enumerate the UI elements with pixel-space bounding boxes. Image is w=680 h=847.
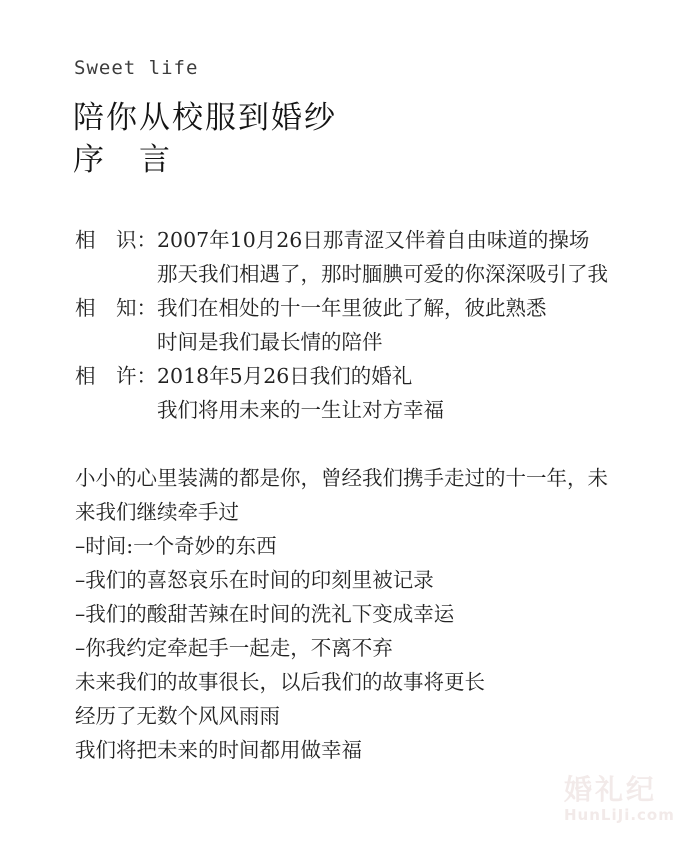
milestone-row-meet: 相 识： 2007年10月26日那青涩又伴着自由味道的操场 那天我们相遇了，那时… [75,223,620,291]
milestone-text: 我们在相处的十一年里彼此了解，彼此熟悉 时间是我们最长情的陪伴 [157,291,620,359]
milestone-line: 2018年5月26日我们的婚礼 [157,359,620,393]
paragraph-line: –你我约定牵起手一起走，不离不弃 [75,631,620,665]
milestone-line: 那天我们相遇了，那时腼腆可爱的你深深吸引了我 [157,257,620,291]
milestone-line: 我们在相处的十一年里彼此了解，彼此熟悉 [157,291,620,325]
milestone-line: 时间是我们最长情的陪伴 [157,325,620,359]
milestone-label: 相 许： [75,359,157,393]
milestone-line: 2007年10月26日那青涩又伴着自由味道的操场 [157,223,620,257]
paragraph-line: 我们将把未来的时间都用做幸福 [75,733,620,767]
eyebrow-text: Sweet life [74,57,198,79]
milestone-label: 相 识： [75,223,157,257]
section-title: 序 言 [73,134,172,179]
watermark-brand-text: 婚礼纪 [564,776,675,804]
milestone-label: 相 知： [75,291,157,325]
paragraph-line: 未来我们的故事很长，以后我们的故事将更长 [75,665,620,699]
preface-page: Sweet life 陪你从校服到婚纱 序 言 相 识： 2007年10月26日… [0,0,680,847]
page-title: 陪你从校服到婚纱 [73,92,337,137]
paragraph-line: –我们的喜怒哀乐在时间的印刻里被记录 [75,563,620,597]
milestone-text: 2007年10月26日那青涩又伴着自由味道的操场 那天我们相遇了，那时腼腆可爱的… [157,223,620,291]
milestone-line: 我们将用未来的一生让对方幸福 [157,393,620,427]
paragraph-line: –我们的酸甜苦辣在时间的洗礼下变成幸运 [75,597,620,631]
watermark: 婚礼纪 HunLiJi.com [564,776,675,823]
paragraph-line: 小小的心里装满的都是你，曾经我们携手走过的十一年，未 [75,461,620,495]
paragraph-line: 经历了无数个风风雨雨 [75,699,620,733]
milestone-row-promise: 相 许： 2018年5月26日我们的婚礼 我们将用未来的一生让对方幸福 [75,359,620,427]
milestone-list: 相 识： 2007年10月26日那青涩又伴着自由味道的操场 那天我们相遇了，那时… [75,223,620,427]
preface-paragraph: 小小的心里装满的都是你，曾经我们携手走过的十一年，未 来我们继续牵手过 –时间:… [75,461,620,767]
watermark-domain-text: HunLiJi.com [564,808,675,823]
paragraph-line: –时间:一个奇妙的东西 [75,529,620,563]
paragraph-line: 来我们继续牵手过 [75,495,620,529]
milestone-row-know: 相 知： 我们在相处的十一年里彼此了解，彼此熟悉 时间是我们最长情的陪伴 [75,291,620,359]
milestone-text: 2018年5月26日我们的婚礼 我们将用未来的一生让对方幸福 [157,359,620,427]
